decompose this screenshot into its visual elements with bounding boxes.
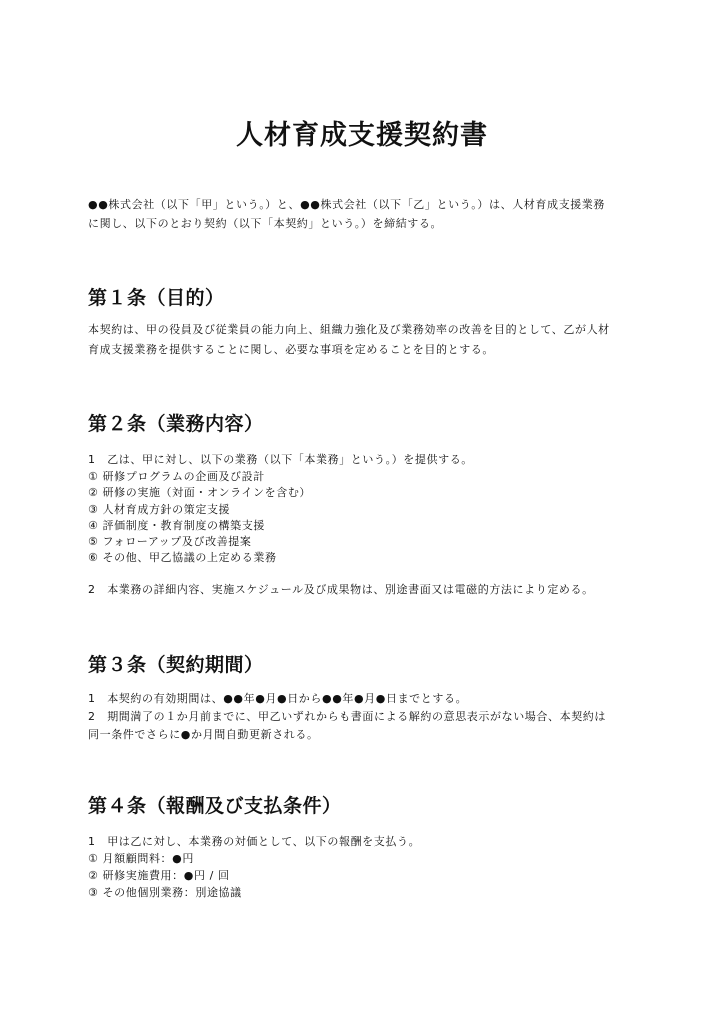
article-2-list-item: ② 研修の実施（対面・オンラインを含む）: [88, 486, 311, 500]
article-4-list-item: ① 月額顧問料：●円: [88, 852, 194, 866]
article-3-line: 2 期間満了の１か月前までに、甲乙いずれからも書面による解約の意思表示がない場合…: [88, 710, 606, 724]
article-4-line: 1 甲は乙に対し、本業務の対価として、以下の報酬を支払う。: [88, 835, 420, 849]
article-2-list-item: ① 研修プログラムの企画及び設計: [88, 470, 265, 484]
article-2-heading: 第２条（業務内容）: [88, 412, 264, 436]
article-1-line: 本契約は、甲の役員及び従業員の能力向上、組織力強化及び業務効率の改善を目的として…: [88, 323, 610, 337]
article-3-line: 1 本契約の有効期間は、●●年●月●日から●●年●月●日までとする。: [88, 692, 467, 706]
article-1-line: 育成支援業務を提供することに関し、必要な事項を定めることを目的とする。: [88, 343, 494, 357]
article-4-list-item: ③ その他個別業務：別途協議: [88, 886, 242, 900]
article-2-line: 1 乙は、甲に対し、以下の業務（以下「本業務」という。）を提供する。: [88, 453, 473, 467]
document-title: 人材育成支援契約書: [0, 118, 724, 154]
article-2-list-item: ⑥ その他、甲乙協議の上定める業務: [88, 551, 277, 565]
article-1-heading: 第１条（目的）: [88, 286, 225, 310]
document-page: 人材育成支援契約書 ●●株式会社（以下「甲」という。）と、●●株式会社（以下「乙…: [0, 0, 724, 1024]
article-4-heading: 第４条（報酬及び支払条件）: [88, 794, 342, 818]
article-2-list-item: ④ 評価制度・教育制度の構築支援: [88, 519, 265, 533]
intro-line: に関し、以下のとおり契約（以下「本契約」という。）を締結する。: [88, 217, 442, 231]
article-2-line: 2 本業務の詳細内容、実施スケジュール及び成果物は、別途書面又は電磁的方法により…: [88, 583, 594, 597]
article-3-heading: 第３条（契約期間）: [88, 653, 264, 677]
article-2-list-item: ⑤ フォローアップ及び改善提案: [88, 535, 252, 549]
article-3-line: 同一条件でさらに●か月間自動更新される。: [88, 728, 319, 742]
article-4-list-item: ② 研修実施費用：●円 / 回: [88, 869, 230, 883]
article-2-list-item: ③ 人材育成方針の策定支援: [88, 503, 230, 517]
intro-line: ●●株式会社（以下「甲」という。）と、●●株式会社（以下「乙」という。）は、人材…: [88, 198, 605, 212]
